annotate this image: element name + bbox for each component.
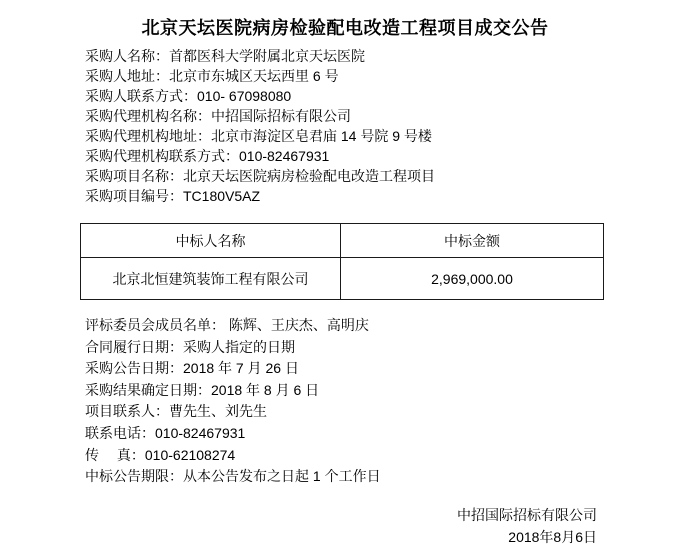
purchaser-contact-line: 采购人联系方式：010- 67098080 bbox=[85, 86, 605, 106]
purchaser-address-line: 采购人地址：北京市东城区天坛西里 6 号 bbox=[85, 66, 605, 86]
fax-line: 传 真：010-62108274 bbox=[85, 445, 605, 467]
table-row: 北京北恒建筑装饰工程有限公司 2,969,000.00 bbox=[81, 258, 604, 300]
agency-address-line: 采购代理机构地址：北京市海淀区皂君庙 14 号院 9 号楼 bbox=[85, 126, 605, 146]
result-details-section: 评标委员会成员名单： 陈辉、王庆杰、高明庆 合同履行日期：采购人指定的日期 采购… bbox=[85, 315, 605, 488]
winner-name-header: 中标人名称 bbox=[81, 224, 341, 258]
contract-performance-date-line: 合同履行日期：采购人指定的日期 bbox=[85, 337, 605, 359]
procurement-announcement-date-line: 采购公告日期：2018 年 7 月 26 日 bbox=[85, 358, 605, 380]
winner-name-cell: 北京北恒建筑装饰工程有限公司 bbox=[81, 258, 341, 300]
page-title: 北京天坛医院病房检验配电改造工程项目成交公告 bbox=[85, 16, 605, 40]
signature-date: 2018年8月6日 bbox=[85, 526, 597, 548]
project-number-line: 采购项目编号：TC180V5AZ bbox=[85, 186, 605, 206]
result-confirmation-date-line: 采购结果确定日期：2018 年 8 月 6 日 bbox=[85, 380, 605, 402]
award-amount-cell: 2,969,000.00 bbox=[341, 258, 604, 300]
award-table-header-row: 中标人名称 中标金额 bbox=[81, 224, 604, 258]
purchaser-info-section: 采购人名称：首都医科大学附属北京天坛医院 采购人地址：北京市东城区天坛西里 6 … bbox=[85, 46, 605, 206]
agency-name-line: 采购代理机构名称：中招国际招标有限公司 bbox=[85, 106, 605, 126]
signature-block: 中招国际招标有限公司 2018年8月6日 bbox=[85, 504, 605, 548]
purchaser-name-line: 采购人名称：首都医科大学附属北京天坛医院 bbox=[85, 46, 605, 66]
award-table: 中标人名称 中标金额 北京北恒建筑装饰工程有限公司 2,969,000.00 bbox=[80, 223, 604, 300]
announcement-period-line: 中标公告期限：从本公告发布之日起 1 个工作日 bbox=[85, 466, 605, 488]
project-contact-line: 项目联系人：曹先生、刘先生 bbox=[85, 401, 605, 423]
agency-signature: 中招国际招标有限公司 bbox=[85, 504, 597, 526]
award-amount-header: 中标金额 bbox=[341, 224, 604, 258]
evaluation-committee-line: 评标委员会成员名单： 陈辉、王庆杰、高明庆 bbox=[85, 315, 605, 337]
announcement-document: 北京天坛医院病房检验配电改造工程项目成交公告 采购人名称：首都医科大学附属北京天… bbox=[0, 0, 700, 553]
agency-contact-line: 采购代理机构联系方式：010-82467931 bbox=[85, 146, 605, 166]
project-name-line: 采购项目名称：北京天坛医院病房检验配电改造工程项目 bbox=[85, 166, 605, 186]
contact-phone-line: 联系电话：010-82467931 bbox=[85, 423, 605, 445]
